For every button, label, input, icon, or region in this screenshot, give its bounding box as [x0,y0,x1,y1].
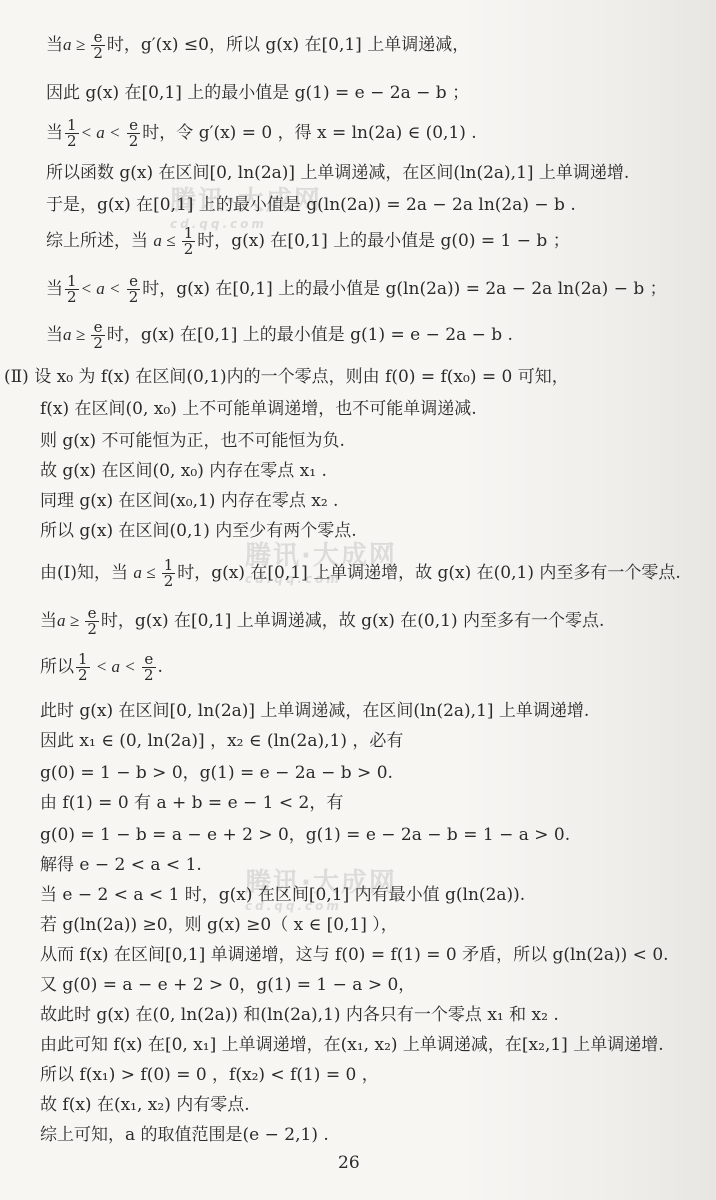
fraction: e2 [91,30,105,61]
text-line: 于是，g(x) 在[0,1] 上的最小值是 g(ln(2a)) = 2a − 2… [46,194,576,216]
fraction: 12 [65,118,79,149]
text-line: 故 f(x) 在(x₁, x₂) 内有零点. [40,1094,250,1116]
fraction: e2 [142,652,156,683]
document-page: 腾讯·大成网cd.qq.com 腾讯·大成网cd.qq.com 腾讯·大成网cd… [0,0,716,1200]
text-line: 当a ≥ e2时，g(x) 在[0,1] 上单调递减，故 g(x) 在(0,1)… [40,606,604,637]
text-line: (Ⅱ) 设 x₀ 为 f(x) 在区间(0,1)内的一个零点，则由 f(0) =… [4,366,569,388]
text-line: f(x) 在区间(0, x₀) 上不可能单调递增，也不可能单调递减. [40,398,477,420]
text-line: 当a ≥ e2时，g′(x) ≤0，所以 g(x) 在[0,1] 上单调递减， [46,30,469,61]
text-line: 解得 e − 2 < a < 1. [40,854,202,876]
text-line: 所以12 < a < e2. [40,652,163,683]
text-line: 当 e − 2 < a < 1 时，g(x) 在区间[0,1] 内有最小值 g(… [40,884,525,906]
fraction: 12 [65,274,79,305]
text-line: 当12< a < e2时，令 g′(x) = 0 ，得 x = ln(2a) ∈… [46,118,477,149]
fraction: e2 [127,274,141,305]
text-line: 因此 g(x) 在[0,1] 上的最小值是 g(1) = e − 2a − b … [46,82,469,104]
text-line: 由(Ⅰ)知，当 a ≤ 12时，g(x) 在[0,1] 上单调递增，故 g(x)… [40,558,681,589]
fraction: 12 [76,652,90,683]
text-line: 又 g(0) = a − e + 2 > 0，g(1) = 1 − a > 0， [40,974,415,996]
fraction: e2 [127,118,141,149]
page-number: 26 [338,1153,360,1173]
fraction: e2 [85,606,99,637]
text-line: 所以函数 g(x) 在区间[0, ln(2a)] 上单调递减，在区间(ln(2a… [46,162,629,184]
text-line: 所以 g(x) 在区间(0,1) 内至少有两个零点. [40,520,357,542]
text-line: 由 f(1) = 0 有 a + b = e − 1 < 2，有 [40,792,343,814]
text-line: 当a ≥ e2时，g(x) 在[0,1] 上的最小值是 g(1) = e − 2… [46,320,513,351]
text-line: 由此可知 f(x) 在[0, x₁] 上单调递增，在(x₁, x₂) 上单调递减… [40,1034,664,1056]
text-line: 此时 g(x) 在区间[0, ln(2a)] 上单调递减，在区间(ln(2a),… [40,700,589,722]
text-line: 从而 f(x) 在区间[0,1] 单调递增，这与 f(0) = f(1) = 0… [40,944,669,966]
text-line: 综上所述，当 a ≤ 12时，g(x) 在[0,1] 上的最小值是 g(0) =… [46,226,570,257]
text-line: 因此 x₁ ∈ (0, ln(2a)] ，x₂ ∈ (ln(2a),1) ，必有 [40,730,403,752]
fraction: e2 [91,320,105,351]
text-line: 故 g(x) 在区间(0, x₀) 内存在零点 x₁ . [40,460,327,482]
fraction: 12 [162,558,176,589]
text-line: 当12< a < e2时，g(x) 在[0,1] 上的最小值是 g(ln(2a)… [46,274,667,305]
text-line: g(0) = 1 − b > 0，g(1) = e − 2a − b > 0. [40,762,393,784]
text-line: 若 g(ln(2a)) ≥0，则 g(x) ≥0（ x ∈ [0,1] ）， [40,914,398,936]
text-line: 则 g(x) 不可能恒为正，也不可能恒为负. [40,430,345,452]
text-line: 同理 g(x) 在区间(x₀,1) 内存在零点 x₂ . [40,490,338,512]
text-line: 故此时 g(x) 在(0, ln(2a)) 和(ln(2a),1) 内各只有一个… [40,1004,559,1026]
text-line: g(0) = 1 − b = a − e + 2 > 0，g(1) = e − … [40,824,570,846]
fraction: 12 [182,226,196,257]
text-line: 综上可知，a 的取值范围是(e − 2,1) . [40,1124,329,1146]
text-line: 所以 f(x₁) > f(0) = 0 ，f(x₂) < f(1) = 0 ， [40,1064,379,1086]
